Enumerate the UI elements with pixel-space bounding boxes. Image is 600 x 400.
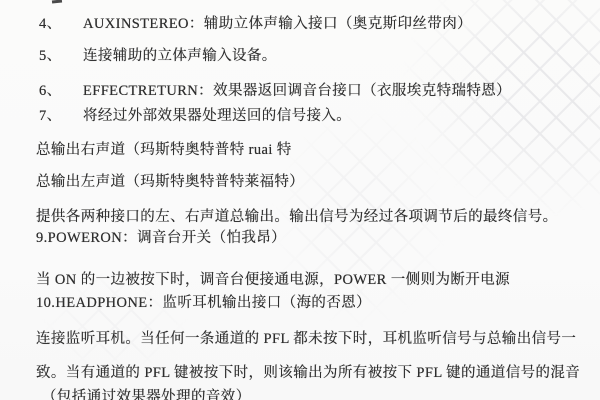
- paragraph-power-on-description: 当 ON 的一边被按下时，调音台便接通电源，POWER 一侧则为断开电源: [36, 271, 510, 289]
- list-item-marker: 5、: [39, 47, 83, 65]
- paragraph-power-on-heading: 9.POWERON：调音台开关（怕我昂）: [36, 229, 286, 247]
- paragraph-headphone-heading: 10.HEADPHONE：监听耳机输出接口（海的否恩）: [36, 294, 371, 312]
- list-item-text: AUXINSTEREO：辅助立体声输入接口（奥克斯印丝带肉）: [83, 16, 472, 32]
- paragraph-headphone-description-1: 连接监听耳机。当任何一条通道的 PFL 都未按下时，耳机监听信号与总输出信号一: [36, 330, 576, 348]
- list-item-text: 将经过外部效果器处理送回的信号接入。: [83, 108, 351, 124]
- list-item-5: 5、连接辅助的立体声输入设备。: [39, 47, 277, 65]
- list-item-marker: 4、: [39, 15, 83, 33]
- watermark-lattice-top-right: [400, 0, 600, 220]
- list-item-7: 7、将经过外部效果器处理送回的信号接入。: [39, 107, 351, 125]
- list-item-text: 连接辅助的立体声输入设备。: [83, 48, 277, 64]
- document-page: 4、AUXINSTEREO：辅助立体声输入接口（奥克斯印丝带肉） 5、连接辅助的…: [0, 0, 600, 400]
- paragraph-headphone-description-3: （包括通过效果器处理的音效）: [42, 388, 251, 400]
- paragraph-headphone-description-2: 致。当有通道的 PFL 键被按下时，则该输出为所有被按下 PFL 键的通道信号的…: [36, 364, 580, 382]
- list-item-marker: 7、: [39, 107, 83, 125]
- list-item-4: 4、AUXINSTEREO：辅助立体声输入接口（奥克斯印丝带肉）: [39, 15, 472, 33]
- paragraph-master-output-left: 总输出左声道（玛斯特奥特普特莱福特）: [36, 173, 304, 191]
- paragraph-output-description: 提供各两种接口的左、右声道总输出。输出信号为经过各项调节后的最终信号。: [36, 208, 558, 226]
- list-item-text: EFFECTRETURN：效果器返回调音台接口（衣服埃克特瑞特恩）: [83, 83, 511, 99]
- list-item-6: 6、EFFECTRETURN：效果器返回调音台接口（衣服埃克特瑞特恩）: [39, 82, 511, 100]
- cutoff-text-fragment: [52, 0, 62, 4]
- paragraph-master-output-right: 总输出右声道（玛斯特奥特普特 ruai 特: [36, 141, 292, 159]
- list-item-marker: 6、: [39, 82, 83, 100]
